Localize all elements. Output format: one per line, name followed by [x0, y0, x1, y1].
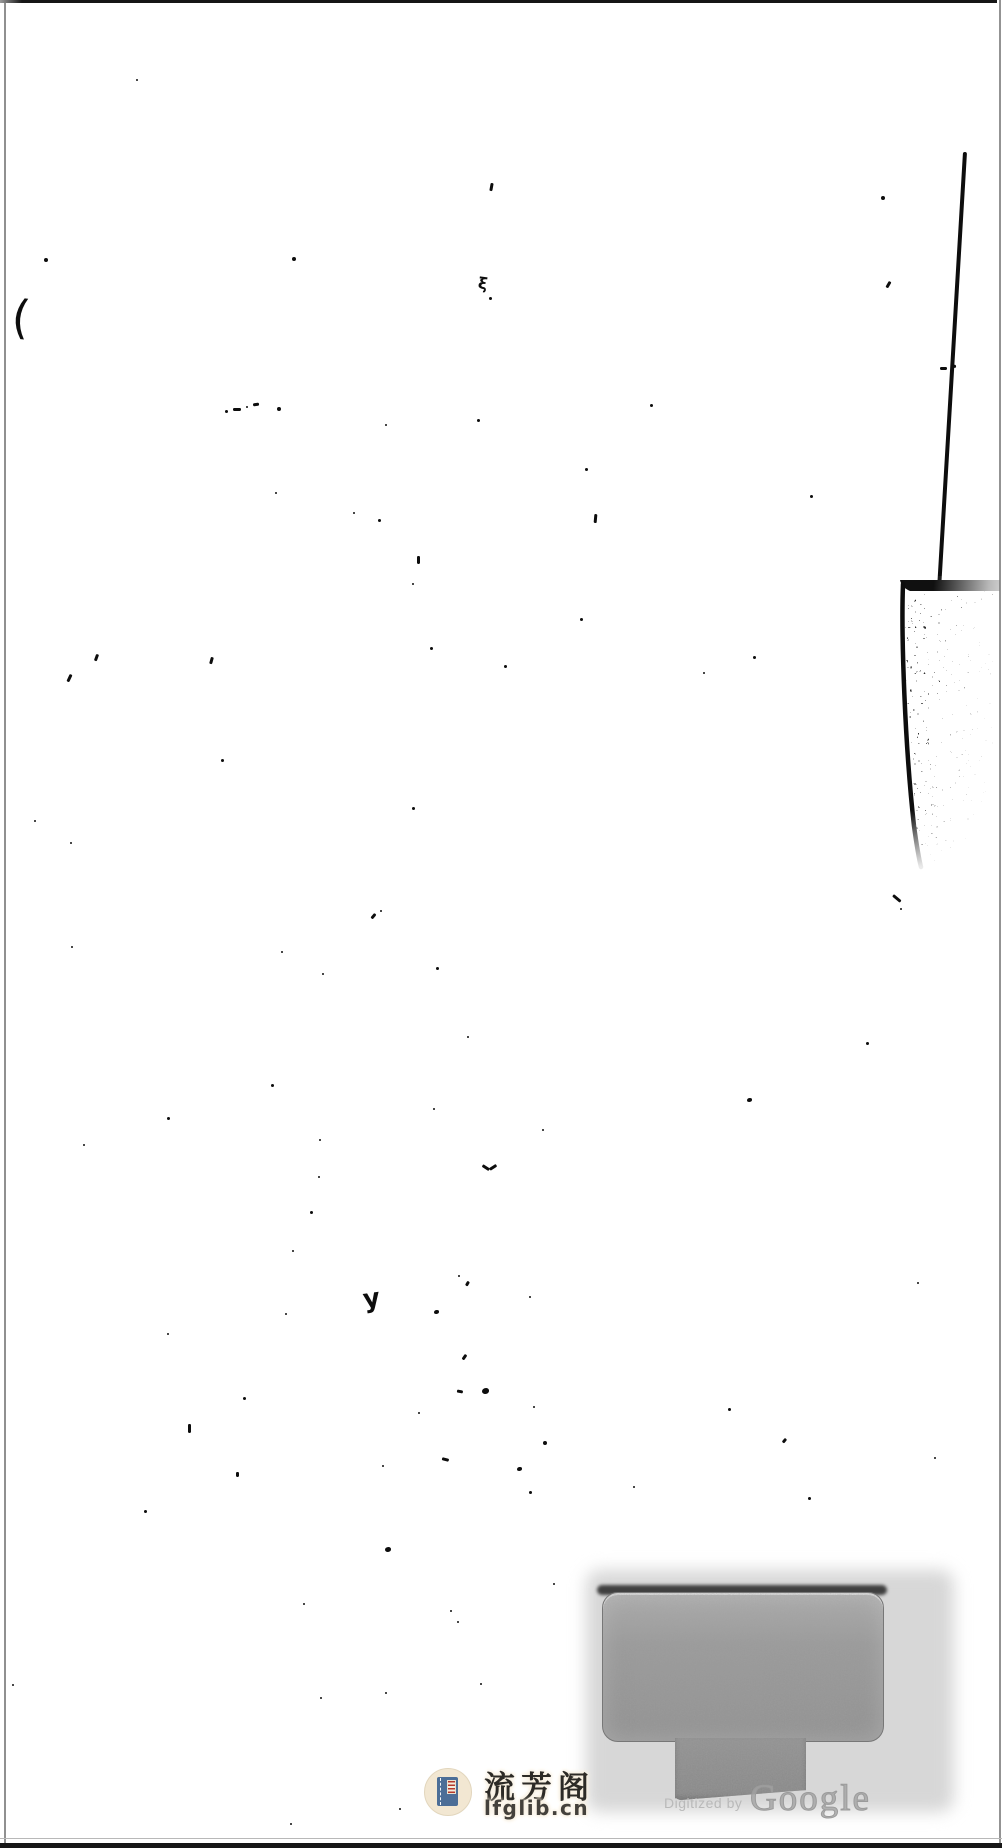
- dust-speck: [594, 514, 597, 523]
- dust-speck: [747, 1098, 752, 1102]
- dust-speck: [703, 672, 705, 674]
- dust-speck: [292, 1250, 294, 1252]
- scan-frame-bottom-hairline: [0, 1838, 1002, 1839]
- dust-speck: [292, 257, 296, 261]
- scan-frame-left: [4, 2, 6, 1848]
- dust-speck: [271, 1084, 274, 1087]
- dust-speck: [489, 183, 493, 191]
- scan-frame-right: [999, 0, 1001, 1848]
- dust-speck: [585, 468, 588, 471]
- dust-speck: [940, 367, 947, 370]
- dust-speck: [529, 1296, 531, 1298]
- dust-speck: [70, 842, 72, 844]
- dust-speck: [275, 492, 277, 494]
- scan-frame-top: [0, 0, 997, 3]
- dust-speck: [892, 894, 901, 902]
- dust-speck: [482, 1388, 489, 1394]
- dust-speck: [285, 1313, 287, 1315]
- dust-speck: [290, 1823, 292, 1825]
- dust-speck: [353, 512, 355, 514]
- dust-speck: [320, 1697, 322, 1699]
- digitized-by-label: Digitized by: [664, 1795, 742, 1811]
- dust-speck: [885, 281, 891, 288]
- dust-speck: [385, 1692, 387, 1694]
- dust-speck: [318, 1176, 320, 1178]
- dust-speck: [450, 1610, 452, 1612]
- dust-speck: [728, 1408, 731, 1411]
- dust-speck: [310, 1211, 313, 1214]
- dust-speck: [412, 807, 415, 810]
- lfglib-badge: [424, 1768, 472, 1816]
- dust-speck: [236, 1472, 239, 1477]
- page-edge-line: [937, 152, 967, 587]
- dust-speck: [322, 973, 324, 975]
- dust-speck: [934, 1457, 936, 1459]
- dust-speck: [810, 495, 813, 498]
- dust-speck: [457, 1621, 459, 1623]
- dust-speck: [457, 1389, 463, 1393]
- dust-speck: [233, 408, 241, 411]
- dust-speck: [753, 656, 756, 659]
- dust-speck: [246, 406, 248, 408]
- dust-speck: [319, 1139, 321, 1141]
- dust-speck: [136, 79, 138, 81]
- dust-speck: [553, 1583, 555, 1585]
- dust-speck: [221, 759, 224, 762]
- dust-speck: [480, 1683, 482, 1685]
- dust-speck: [436, 967, 439, 970]
- dust-speck: [900, 908, 902, 910]
- dust-speck: [167, 1117, 170, 1120]
- dust-speck: [412, 583, 414, 585]
- page-curl-shadow: [890, 576, 1002, 876]
- dust-speck: [382, 1465, 384, 1467]
- dust-speck: [430, 647, 433, 650]
- dust-speck: [917, 1282, 919, 1284]
- dust-speck: [144, 1510, 147, 1513]
- dust-speck: [533, 1406, 535, 1408]
- dust-speck: [370, 913, 376, 919]
- dust-speck: [467, 1036, 469, 1038]
- dust-speck: [543, 1441, 547, 1445]
- dust-speck: [458, 1275, 460, 1277]
- dust-speck: [951, 365, 956, 368]
- clip-body: [602, 1592, 884, 1742]
- dust-speck: [12, 1684, 14, 1686]
- curl-fade-overlay: [890, 576, 1002, 876]
- dust-speck: [881, 196, 885, 200]
- dust-speck: [243, 1397, 246, 1400]
- dust-speck: [71, 946, 73, 948]
- dust-speck: [433, 1108, 435, 1110]
- dust-speck: [209, 657, 213, 664]
- dust-speck: [517, 1467, 522, 1471]
- dust-speck: y: [361, 1285, 381, 1313]
- dust-speck: [303, 1603, 305, 1605]
- dust-speck: [418, 1412, 420, 1414]
- dust-speck: [866, 1042, 869, 1045]
- dust-speck: ξ: [477, 275, 489, 292]
- book-icon: [437, 1777, 458, 1806]
- dust-speck: [94, 654, 99, 661]
- dust-speck: [380, 910, 382, 912]
- google-logo: Google: [750, 1777, 871, 1820]
- dust-speck: [225, 410, 228, 413]
- dust-speck: [529, 1491, 532, 1494]
- dust-speck: [417, 556, 420, 564]
- dust-speck: [167, 1333, 169, 1335]
- dust-speck: [434, 1310, 439, 1314]
- dust-speck: [542, 1129, 544, 1131]
- dust-speck: [504, 665, 507, 668]
- dust-speck: [281, 951, 283, 953]
- dust-speck: [808, 1497, 811, 1500]
- dust-speck: [462, 1354, 467, 1360]
- dust-speck: (: [10, 293, 33, 341]
- dust-speck: [385, 1547, 391, 1552]
- dust-speck: [385, 424, 387, 426]
- scanned-page: 流芳阁 lfglib.cn Digitized by Google ξ(y: [0, 0, 1002, 1848]
- dust-speck: [83, 1144, 85, 1146]
- dust-speck: [188, 1424, 191, 1433]
- scan-frame-bottom: [0, 1843, 1002, 1848]
- dust-speck: [483, 1163, 496, 1171]
- dust-speck: [253, 403, 259, 406]
- clip-grain-texture: [603, 1593, 883, 1741]
- lfglib-domain: lfglib.cn: [484, 1796, 589, 1820]
- dust-speck: [477, 419, 480, 422]
- dust-speck: [782, 1438, 787, 1443]
- dust-speck: [580, 618, 583, 621]
- dust-speck: [66, 674, 72, 682]
- dust-speck: [633, 1486, 635, 1488]
- dust-speck: [489, 297, 492, 300]
- dust-speck: [44, 258, 48, 262]
- dust-speck: [378, 519, 381, 522]
- dust-speck: [465, 1281, 470, 1287]
- dust-speck: [34, 820, 36, 822]
- dust-speck: [277, 407, 281, 411]
- dust-speck: [442, 1457, 449, 1461]
- dust-speck: [650, 404, 653, 407]
- dust-speck: [399, 1808, 401, 1810]
